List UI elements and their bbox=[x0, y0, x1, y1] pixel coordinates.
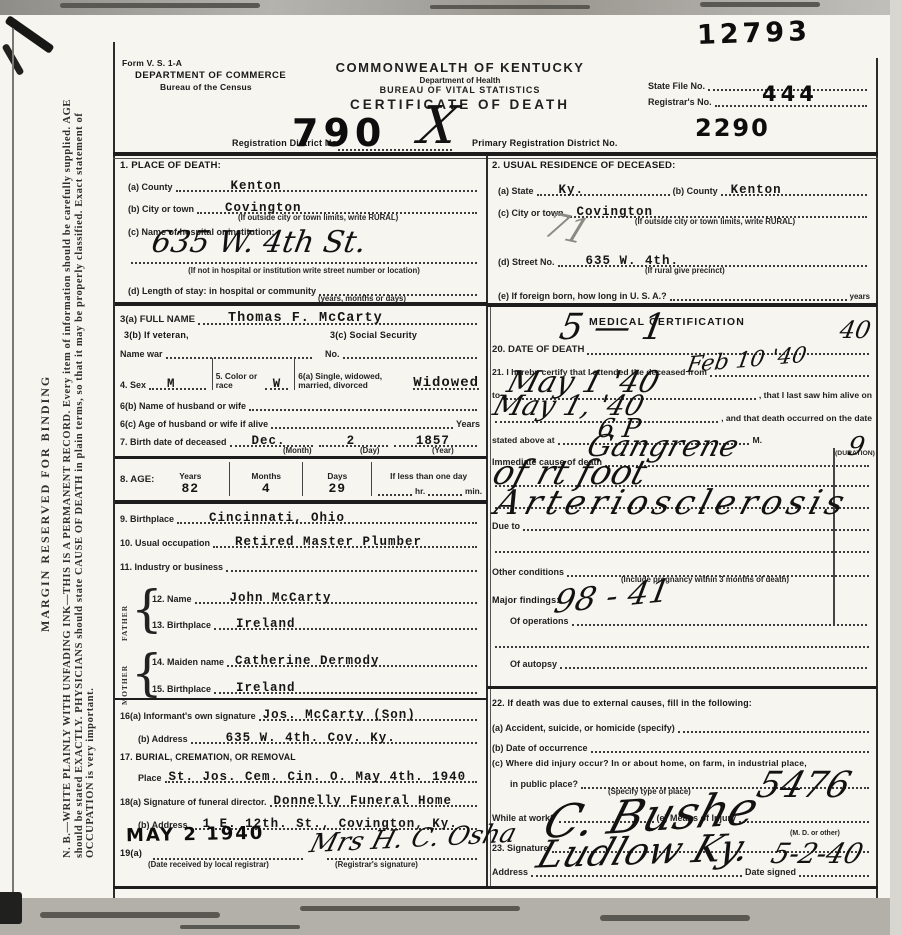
informant-row: 16(a) Informant's own signature Jos. McC… bbox=[120, 706, 480, 721]
scanned-death-certificate: MARGIN RESERVED FOR BINDING N. B.—WRITE … bbox=[0, 0, 901, 935]
accident-row: (a) Accident, suicide, or homicide (spec… bbox=[492, 718, 872, 733]
header-rule-2 bbox=[113, 158, 878, 159]
date-received-caption: (Date received by local registrar) bbox=[148, 860, 269, 869]
age-months-cell: Months 4 bbox=[233, 471, 299, 496]
registrar-no-label: Registrar's No. bbox=[648, 97, 712, 107]
foreign-born-row: (e) If foreign born, how long in U. S. A… bbox=[498, 286, 870, 301]
ss-no-row: No. bbox=[325, 344, 480, 359]
social-security-label: 3(c) Social Security bbox=[330, 330, 417, 340]
major-findings-label: Major findings: bbox=[492, 595, 560, 605]
column-divider bbox=[486, 155, 488, 888]
registration-district-number: 790 bbox=[292, 114, 386, 152]
dotted-line bbox=[166, 344, 312, 359]
spouse-age-label: 6(c) Age of husband or wife if alive bbox=[120, 419, 268, 429]
father-name-row: 12. Name John McCarty bbox=[152, 589, 480, 604]
burial-title: 17. BURIAL, CREMATION, OR REMOVAL bbox=[120, 752, 296, 762]
section-divider bbox=[115, 302, 487, 306]
marital-label: 6(a) Single, widowed, married, divorced bbox=[298, 372, 410, 390]
dotted-line: Covington bbox=[567, 203, 868, 218]
residence-county-value: Kenton bbox=[731, 183, 782, 197]
month-caption: (Month) bbox=[283, 446, 312, 455]
informant-value: Jos. McCarty (Son) bbox=[263, 708, 416, 722]
usual-residence-title: 2. USUAL RESIDENCE OF DECEASED: bbox=[492, 160, 676, 171]
means-of-injury-handwriting: 5476 bbox=[753, 768, 855, 804]
dotted-line: Donnelly Funeral Home bbox=[270, 792, 477, 807]
age-row: 8. AGE: Years 82 Months 4 Days 29 If les… bbox=[120, 462, 482, 496]
birth-day-value: 2 bbox=[347, 434, 356, 448]
color-race-cell: 5. Color or race W bbox=[216, 372, 292, 390]
dotted-line: John McCarty bbox=[195, 589, 477, 604]
county-value: Kenton bbox=[231, 179, 282, 193]
city-row: (b) City or town Covington bbox=[128, 199, 480, 214]
section-divider bbox=[115, 698, 487, 700]
cell-divider bbox=[212, 358, 213, 390]
operations-line-2 bbox=[492, 633, 872, 648]
hospital-line bbox=[128, 249, 480, 264]
injury-location-label: (c) Where did injury occur? In or about … bbox=[492, 758, 807, 768]
dotted-line bbox=[591, 738, 869, 753]
father-vertical-label: FATHER bbox=[120, 605, 129, 641]
residence-state-value: Ky. bbox=[559, 183, 585, 197]
scan-corner-blob bbox=[0, 892, 22, 924]
scan-right-edge bbox=[890, 0, 901, 935]
father-birthplace-row: 13. Birthplace Ireland bbox=[152, 615, 480, 630]
dotted-line: Ireland bbox=[214, 615, 477, 630]
sex-label: 4. Sex bbox=[120, 380, 146, 390]
length-of-stay-row: (d) Length of stay: in hospital or commu… bbox=[128, 281, 480, 296]
precinct-note: (If rural give precinct) bbox=[645, 266, 725, 275]
full-name-label: 3(a) FULL NAME bbox=[120, 314, 195, 325]
cell-divider bbox=[229, 462, 230, 496]
foreign-born-label: (e) If foreign born, how long in U. S. A… bbox=[498, 291, 667, 301]
day-caption: (Day) bbox=[360, 446, 380, 455]
dotted-line bbox=[249, 396, 477, 411]
sex-color-marital-row: 4. Sex M 5. Color or race W 6(a) Single,… bbox=[120, 358, 482, 390]
physician-address-label: Address bbox=[492, 867, 528, 877]
dept-of-health: Department of Health bbox=[300, 76, 620, 85]
husband-wife-label: 6(b) Name of husband or wife bbox=[120, 401, 246, 411]
dotted-line: 2 bbox=[319, 432, 388, 447]
birthplace-label: 9. Birthplace bbox=[120, 514, 174, 524]
scan-smudge bbox=[40, 912, 220, 918]
burial-place-row: Place St. Jos. Cem. Cin. O. May 4th. 194… bbox=[138, 768, 480, 783]
length-of-stay-label: (d) Length of stay: in hospital or commu… bbox=[128, 286, 316, 296]
hr-label: hr. bbox=[415, 486, 425, 496]
margin-nb-text: N. B.—WRITE PLAINLY WITH UNFADING INK—TH… bbox=[62, 86, 97, 858]
street-no-label: (d) Street No. bbox=[498, 257, 555, 267]
medical-certification-title: MEDICAL CERTIFICATION bbox=[492, 316, 842, 328]
dotted-line: M bbox=[149, 375, 206, 390]
dotted-line bbox=[343, 344, 478, 359]
dotted-line bbox=[378, 481, 412, 496]
dotted-line: Covington bbox=[197, 199, 477, 214]
state-file-label: State File No. bbox=[648, 81, 705, 91]
burial-place-label: Place bbox=[138, 773, 162, 783]
date-of-death-handwriting: 5 — 1 bbox=[557, 310, 668, 346]
commonwealth-title: COMMONWEALTH OF KENTUCKY bbox=[300, 60, 620, 75]
header-rule bbox=[113, 152, 878, 156]
county-row: (a) County Kenton bbox=[128, 177, 480, 192]
informant-address-row: (b) Address 635 W. 4th. Cov. Ky. bbox=[138, 729, 480, 744]
age-days-label: Days bbox=[327, 471, 347, 481]
scan-smudge bbox=[180, 925, 300, 929]
column-divider-2 bbox=[490, 306, 491, 888]
certify-line3-post: , and that death occurred on the date bbox=[721, 413, 872, 423]
certify-line4-pre: stated above at bbox=[492, 435, 555, 445]
registrar-number-stamp: 444 bbox=[762, 84, 818, 105]
funeral-director-label: 18(a) Signature of funeral director. bbox=[120, 797, 267, 807]
dotted-line: Retired Master Plumber bbox=[213, 533, 477, 548]
section-divider bbox=[487, 686, 877, 689]
place-of-death-title: 1. PLACE OF DEATH: bbox=[120, 160, 221, 171]
color-race-label: 5. Color or race bbox=[216, 372, 262, 390]
funeral-director-row: 18(a) Signature of funeral director. Don… bbox=[120, 792, 480, 807]
dotted-line: Catherine Dermody bbox=[227, 652, 477, 667]
dotted-line: St. Jos. Cem. Cin. O. May 4th. 1940 bbox=[165, 768, 477, 783]
age-months-label: Months bbox=[252, 471, 282, 481]
form-bottom-border bbox=[113, 886, 878, 889]
mother-name-label: 14. Maiden name bbox=[152, 657, 224, 667]
less-than-day-cell: If less than one day hr. min. bbox=[375, 471, 482, 496]
age-years-cell: Years 82 bbox=[154, 471, 226, 496]
dotted-line bbox=[131, 249, 477, 264]
dotted-line: Cincinnati, Ohio bbox=[177, 509, 477, 524]
dotted-line: 1857 bbox=[394, 432, 477, 447]
full-name-row: 3(a) FULL NAME Thomas F. McCarty bbox=[120, 310, 480, 325]
dotted-line: 635 W. 4th. bbox=[558, 252, 867, 267]
primary-district-number: 2290 bbox=[695, 116, 770, 140]
dotted-line bbox=[678, 718, 869, 733]
age-months-value: 4 bbox=[262, 481, 271, 496]
informant-label: 16(a) Informant's own signature bbox=[120, 711, 256, 721]
physician-address-handwriting: Ludlow Ky. bbox=[532, 828, 755, 873]
dotted-line bbox=[739, 808, 869, 823]
county-label: (a) County bbox=[128, 182, 173, 192]
dotted-line: Ky. bbox=[537, 181, 670, 196]
veteran-label: 3(b) If veteran, bbox=[124, 330, 189, 340]
public-place-label: in public place? bbox=[510, 779, 578, 789]
date-of-death-row: 20. DATE OF DEATH bbox=[492, 340, 872, 355]
autopsy-row: Of autopsy bbox=[510, 654, 870, 669]
marital-value: Widowed bbox=[413, 375, 479, 391]
age-days-value: 29 bbox=[328, 481, 346, 496]
birth-date-label: 7. Birth date of deceased bbox=[120, 437, 227, 447]
department-of-commerce: DEPARTMENT OF COMMERCE bbox=[135, 70, 286, 81]
section-divider bbox=[115, 500, 487, 504]
city-label: (b) City or town bbox=[128, 204, 194, 214]
age-days-cell: Days 29 bbox=[306, 471, 368, 496]
year-caption: (Year) bbox=[432, 446, 454, 455]
spouse-age-suffix: Years bbox=[456, 419, 480, 429]
scan-left-edge-line bbox=[12, 28, 14, 900]
father-name-label: 12. Name bbox=[152, 594, 192, 604]
foreign-born-suffix: years bbox=[850, 292, 870, 301]
less-than-day-label: If less than one day bbox=[390, 471, 467, 481]
father-name-value: John McCarty bbox=[230, 591, 332, 605]
dotted-line: Kenton bbox=[721, 181, 867, 196]
birth-month-value: Dec. bbox=[252, 434, 286, 448]
dotted-line: 635 W. 4th. Cov. Ky. bbox=[191, 729, 477, 744]
scan-smudge bbox=[430, 5, 590, 9]
funeral-director-value: Donnelly Funeral Home bbox=[274, 794, 453, 808]
state-county-row: (a) State Ky. (b) County Kenton bbox=[498, 181, 870, 196]
residence-rural-note: (If outside city or town limits, write R… bbox=[560, 217, 870, 226]
industry-label: 11. Industry or business bbox=[120, 562, 223, 572]
date-signed-handwriting: 5-2-40 bbox=[768, 840, 866, 868]
md-or-other-note: (M. D. or other) bbox=[790, 830, 840, 837]
sex-value: M bbox=[167, 377, 176, 391]
mother-birthplace-row: 15. Birthplace Ireland bbox=[152, 679, 480, 694]
certify-line2-post: , that I last saw him alive on bbox=[759, 390, 872, 400]
age-years-value: 82 bbox=[181, 481, 199, 496]
bureau-vital-statistics: BUREAU OF VITAL STATISTICS bbox=[300, 85, 620, 95]
spouse-age-row: 6(c) Age of husband or wife if alive Yea… bbox=[120, 414, 480, 429]
due-to-line-2 bbox=[492, 538, 872, 553]
external-causes-title: 22. If death was due to external causes,… bbox=[492, 698, 752, 708]
birth-date-row: 7. Birth date of deceased Dec. 2 1857 bbox=[120, 432, 480, 447]
section-divider bbox=[487, 303, 877, 307]
father-birthplace-label: 13. Birthplace bbox=[152, 620, 211, 630]
dotted-line bbox=[670, 286, 847, 301]
registrar-signature-caption: (Registrar's signature) bbox=[335, 860, 418, 869]
dotted-line bbox=[153, 845, 303, 860]
informant-address-label: (b) Address bbox=[138, 734, 188, 744]
scan-smudge bbox=[60, 3, 260, 8]
dotted-line: Dec. bbox=[230, 432, 313, 447]
dotted-line: Ireland bbox=[214, 679, 477, 694]
date-of-death-year-handwriting: 40 bbox=[838, 318, 873, 342]
street-no-row: (d) Street No. 635 W. 4th. bbox=[498, 252, 870, 267]
cell-divider bbox=[302, 462, 303, 496]
form-number: Form V. S. 1-A bbox=[122, 58, 182, 68]
industry-row: 11. Industry or business bbox=[120, 557, 480, 572]
age-years-label: Years bbox=[179, 471, 201, 481]
dotted-line bbox=[226, 557, 477, 572]
section-divider bbox=[115, 456, 487, 459]
due-to-handwriting: Arteriosclerosis bbox=[491, 486, 853, 520]
occupation-label: 10. Usual occupation bbox=[120, 538, 210, 548]
father-birthplace-value: Ireland bbox=[236, 617, 296, 631]
binding-margin-text: MARGIN RESERVED FOR BINDING bbox=[38, 375, 53, 632]
scan-smudge bbox=[300, 906, 520, 911]
dotted-line: Kenton bbox=[176, 177, 478, 192]
dotted-line: Jos. McCarty (Son) bbox=[259, 706, 477, 721]
street-note: (If not in hospital or institution write… bbox=[128, 266, 480, 275]
occupation-value: Retired Master Plumber bbox=[235, 535, 422, 549]
dotted-line bbox=[495, 538, 869, 553]
scan-smudge bbox=[600, 915, 750, 921]
mother-birthplace-label: 15. Birthplace bbox=[152, 684, 211, 694]
primary-district-label: Primary Registration District No. bbox=[472, 138, 618, 148]
accident-label: (a) Accident, suicide, or homicide (spec… bbox=[492, 723, 675, 733]
mother-name-row: 14. Maiden name Catherine Dermody bbox=[152, 652, 480, 667]
sex-cell: 4. Sex M bbox=[120, 375, 209, 390]
dotted-line bbox=[495, 633, 869, 648]
date-received-stamp: MAY 2 1940 bbox=[126, 825, 265, 845]
bureau-of-census: Bureau of the Census bbox=[160, 82, 252, 92]
dotted-line bbox=[428, 481, 462, 496]
dotted-line: Thomas F. McCarty bbox=[198, 310, 477, 325]
husband-wife-row: 6(b) Name of husband or wife bbox=[120, 396, 480, 411]
state-file-row: State File No. bbox=[648, 76, 870, 91]
color-race-value: W bbox=[273, 377, 282, 391]
residence-county-label: (b) County bbox=[673, 186, 718, 196]
occurrence-date-row: (b) Date of occurrence bbox=[492, 738, 872, 753]
birthplace-row: 9. Birthplace Cincinnati, Ohio bbox=[120, 509, 480, 524]
cell-divider bbox=[294, 358, 295, 390]
age-label: 8. AGE: bbox=[120, 474, 154, 485]
occupation-row: 10. Usual occupation Retired Master Plum… bbox=[120, 533, 480, 548]
certify-line4-post: M. bbox=[752, 435, 762, 445]
dotted-line bbox=[560, 654, 867, 669]
min-label: min. bbox=[465, 486, 482, 496]
file-number-stamp: 12793 bbox=[697, 18, 812, 49]
form-right-border bbox=[876, 58, 878, 898]
autopsy-label: Of autopsy bbox=[510, 659, 557, 669]
mother-name-value: Catherine Dermody bbox=[235, 654, 380, 668]
scan-smudge bbox=[700, 2, 820, 7]
cell-divider bbox=[371, 462, 372, 496]
registrar-row-label: 19(a) bbox=[120, 848, 142, 858]
mother-birthplace-value: Ireland bbox=[236, 681, 296, 695]
name-war-row: Name war bbox=[120, 344, 315, 359]
dotted-line: W bbox=[265, 375, 289, 390]
residence-state-label: (a) State bbox=[498, 186, 534, 196]
birthplace-value: Cincinnati, Ohio bbox=[209, 511, 345, 525]
full-name-value: Thomas F. McCarty bbox=[228, 311, 383, 326]
marital-cell: 6(a) Single, widowed, married, divorced … bbox=[298, 372, 482, 390]
dotted-line: Widowed bbox=[413, 375, 479, 390]
dotted-line bbox=[271, 414, 453, 429]
form-left-border bbox=[113, 42, 115, 898]
informant-address-value: 635 W. 4th. Cov. Ky. bbox=[226, 731, 396, 745]
rural-note: (If outside city or town limits, write R… bbox=[238, 213, 398, 222]
registrar-no-row: Registrar's No. bbox=[648, 92, 870, 107]
burial-place-value: St. Jos. Cem. Cin. O. May 4th. 1940 bbox=[169, 770, 467, 784]
occurrence-date-label: (b) Date of occurrence bbox=[492, 743, 588, 753]
